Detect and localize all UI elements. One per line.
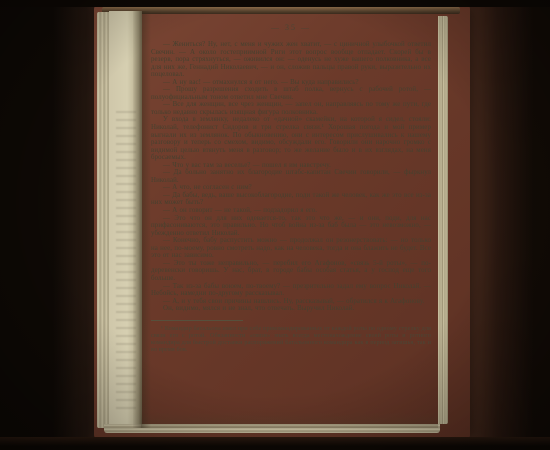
- book-photo: — 35 — — Жениться? Ну, нет, с меня и чуж…: [0, 0, 550, 450]
- background-left: [0, 0, 96, 450]
- paragraph: — А ну вас! — отмахнулся я от него. — Вы…: [151, 79, 431, 87]
- paragraph: — Так из-за бабы воюем, по-твоему? — пре…: [151, 283, 431, 298]
- page-edges-right: [438, 16, 448, 424]
- paragraph: — Конечно, бабу распустить можно — продо…: [151, 237, 431, 260]
- paragraph: — А что, не согласен с ним?: [151, 184, 431, 192]
- book-page: — 35 — — Жениться? Ну, нет, с меня и чуж…: [141, 10, 438, 428]
- footnote-separator: [151, 320, 243, 321]
- footnote: ¹ Командир батальона имел при себе прико…: [151, 325, 431, 353]
- paragraph: — Прошу разрешения сходить в штаб полка,…: [151, 86, 431, 101]
- background-bottom: [0, 437, 550, 450]
- paragraph: У входа в землянку, недалеко от «дачной»…: [151, 116, 431, 161]
- paragraph: Он, видимо, мялся и не знал, что отвечат…: [151, 305, 431, 313]
- background-top: [0, 0, 550, 7]
- paragraph: — А он говорит — не такой, — подзадорил …: [151, 207, 431, 215]
- paragraph: — Что у вас там за веселье? — пошел я им…: [151, 162, 431, 170]
- page-content: — 35 — — Жениться? Ну, нет, с меня и чуж…: [151, 23, 431, 418]
- background-right: [468, 0, 550, 450]
- paragraph: — Да бабы, ведь, ваше высокоблагородие, …: [151, 192, 431, 207]
- left-page-sliver: [109, 11, 142, 428]
- paragraph: — Это что он для них одевается-то, так э…: [151, 215, 431, 238]
- paragraph: — Это ты тоже неправильно, — перебил его…: [151, 260, 431, 283]
- paragraph: — Да больно занятно их благородие штабс-…: [151, 169, 431, 184]
- paragraph: — Жениться? Ну, нет, с меня и чужих жен …: [151, 41, 431, 79]
- paragraphs: — Жениться? Ну, нет, с меня и чужих жен …: [151, 41, 431, 313]
- paragraph: — А, и у тебя свои причины нашлись. Ну, …: [151, 298, 431, 306]
- paragraph: — Все для женщин, все чрез женщин, — зап…: [151, 101, 431, 116]
- page-number: — 35 —: [151, 23, 431, 32]
